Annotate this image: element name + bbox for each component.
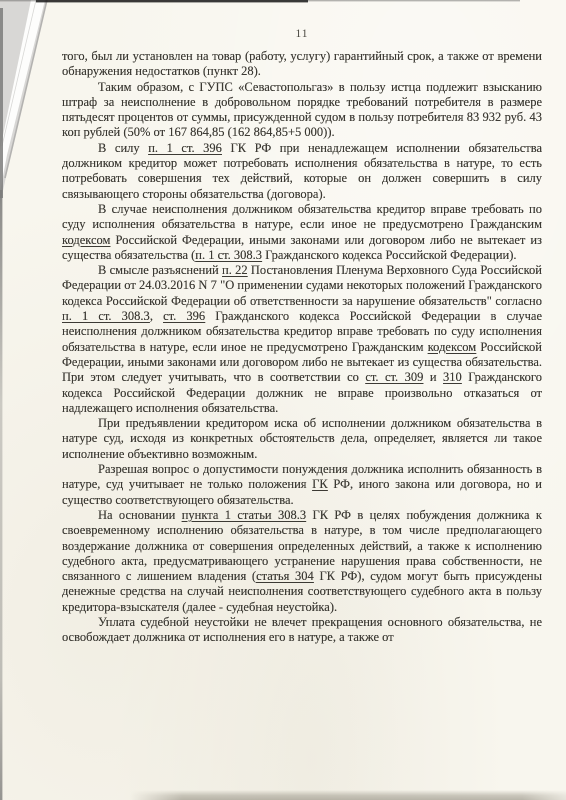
text-segment: В смысле разъяснений bbox=[98, 263, 222, 277]
paragraph: На основании пункта 1 статьи 308.3 ГК РФ… bbox=[62, 508, 542, 615]
paragraph: При предъявлении кредитором иска об испо… bbox=[62, 416, 542, 462]
text-segment: Таким образом, с ГУПС «Севастопольгаз» в… bbox=[62, 80, 542, 140]
underlined-reference: кодексом bbox=[62, 233, 110, 247]
underlined-reference: п. 1 ст. 396 bbox=[148, 141, 222, 155]
corner-scanner-background bbox=[0, 0, 47, 205]
underlined-reference: 310 bbox=[443, 370, 462, 384]
underlined-reference: ст. 396 bbox=[163, 309, 205, 323]
text-segment: , bbox=[150, 309, 163, 323]
top-edge-shadow bbox=[0, 0, 520, 2]
paragraph: В смысле разъяснений п. 22 Постановления… bbox=[62, 263, 542, 416]
underlined-reference: п. 22 bbox=[222, 263, 248, 277]
text-segment: В силу bbox=[98, 141, 148, 155]
underlined-reference: ГК bbox=[312, 477, 328, 491]
text-segment: При предъявлении кредитором иска об испо… bbox=[62, 416, 542, 461]
bottom-edge-shadow bbox=[130, 790, 566, 800]
page-number: 11 bbox=[62, 28, 542, 40]
text-segment: и bbox=[423, 370, 443, 384]
underlined-reference: п. 1 ст. 308.3 bbox=[195, 248, 262, 262]
underlined-reference: пункта 1 статьи 308.3 bbox=[182, 508, 306, 522]
text-segment: В случае неисполнения должником обязател… bbox=[62, 202, 542, 231]
underlined-reference: кодексом bbox=[428, 340, 476, 354]
document-body: того, был ли установлен на товар (работу… bbox=[62, 49, 542, 646]
text-segment: На основании bbox=[98, 508, 182, 522]
text-segment: того, был ли установлен на товар (работу… bbox=[62, 49, 542, 78]
scanned-page: 11 того, был ли установлен на товар (раб… bbox=[0, 0, 566, 800]
paragraph: того, был ли установлен на товар (работу… bbox=[62, 49, 542, 80]
text-segment: Уплата судебной неустойки не влечет прек… bbox=[62, 615, 542, 644]
paragraph: В случае неисполнения должником обязател… bbox=[62, 202, 542, 263]
paragraph: В силу п. 1 ст. 396 ГК РФ при ненадлежащ… bbox=[62, 141, 542, 202]
paragraph: Разрешая вопрос о допустимости понуждени… bbox=[62, 462, 542, 508]
left-edge-shadow bbox=[0, 8, 3, 800]
paragraph: Уплата судебной неустойки не влечет прек… bbox=[62, 615, 542, 646]
text-segment: Гражданского кодекса Российской Федераци… bbox=[262, 248, 516, 262]
underlined-reference: ст. ст. 309 bbox=[365, 370, 423, 384]
underlined-reference: п. 1 ст. 308.3 bbox=[62, 309, 150, 323]
underlined-reference: статья 304 bbox=[256, 569, 314, 583]
paragraph: Таким образом, с ГУПС «Севастопольгаз» в… bbox=[62, 80, 542, 141]
